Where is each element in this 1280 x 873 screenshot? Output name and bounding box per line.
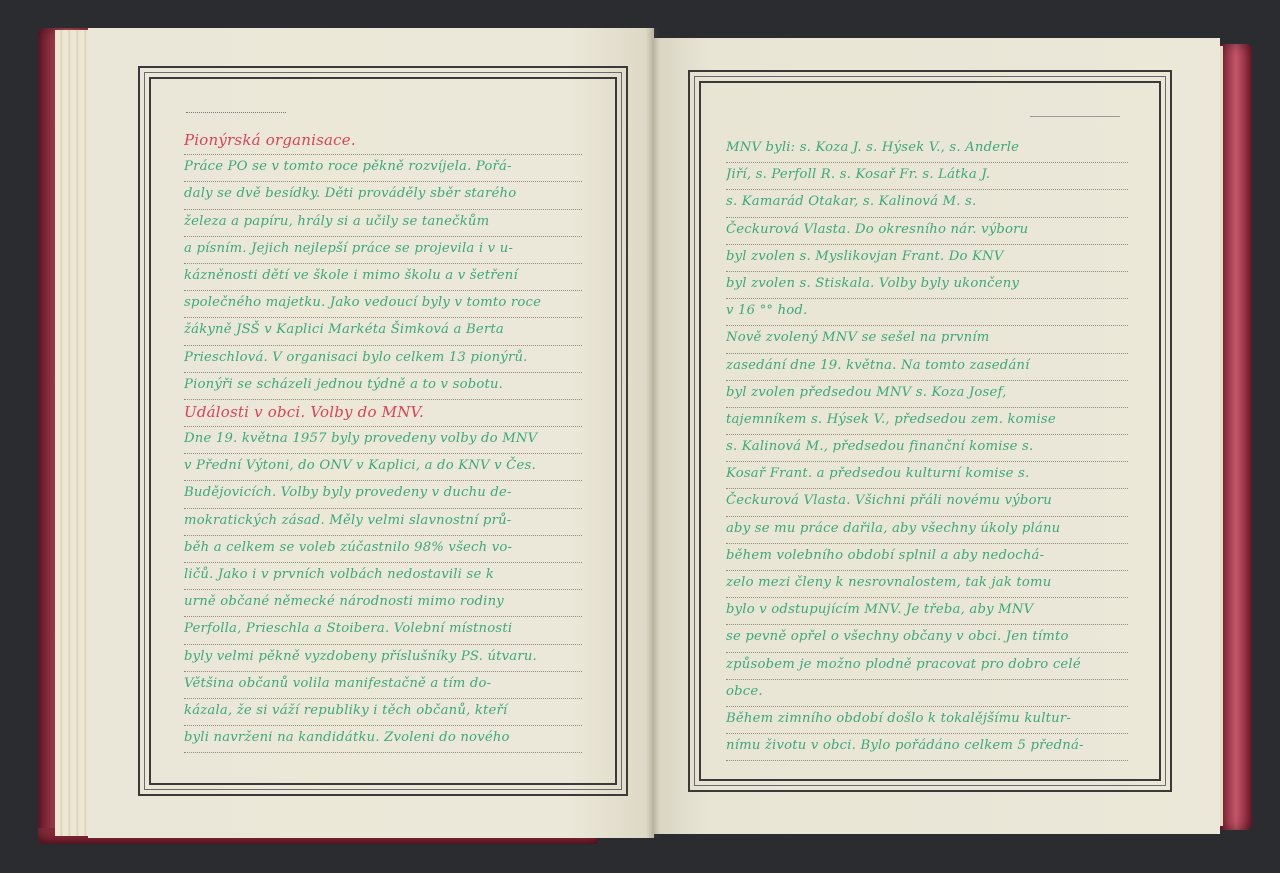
text-line: obce.: [726, 680, 1128, 707]
text-line: a písním. Jejich nejlepší práce se proje…: [184, 237, 582, 264]
text-line: bylo v odstupujícím MNV. Je třeba, aby M…: [726, 598, 1128, 625]
text-line: byly velmi pěkně vyzdobeny příslušníky P…: [184, 645, 582, 672]
text-line: ličů. Jako i v prvních volbách nedostavi…: [184, 563, 582, 590]
text-line: byl zvolen s. Myslikovjan Frant. Do KNV: [726, 245, 1128, 272]
text-line: žákyně JSŠ v Kaplici Markéta Šimková a B…: [184, 318, 582, 345]
text-line: způsobem je možno plodně pracovat pro do…: [726, 653, 1128, 680]
left-page-header-rule: [186, 112, 286, 113]
text-line: Budějovicích. Volby byly provedeny v duc…: [184, 481, 582, 508]
text-line: kázněnosti dětí ve škole i mimo školu a …: [184, 264, 582, 291]
text-line: mokratických zásad. Měly velmi slavnostn…: [184, 509, 582, 536]
text-line: Perfolla, Prieschla a Stoibera. Volební …: [184, 617, 582, 644]
left-page-text: Pionýrská organisace. Práce PO se v tomt…: [184, 128, 582, 753]
book-cover-right: [1220, 44, 1252, 830]
section-heading-village-events: Události v obci. Volby do MNV.: [184, 400, 582, 427]
text-line: se pevně opřel o všechny občany v obci. …: [726, 625, 1128, 652]
text-line: s. Kalinová M., předsedou finanční komis…: [726, 435, 1128, 462]
text-line: společného majetku. Jako vedoucí byly v …: [184, 291, 582, 318]
text-line: Většina občanů volila manifestačně a tím…: [184, 672, 582, 699]
text-line: zelo mezi členy k nesrovnalostem, tak ja…: [726, 571, 1128, 598]
right-page-text: MNV byli: s. Koza J. s. Hýsek V., s. And…: [726, 136, 1128, 761]
text-line: nímu životu v obci. Bylo pořádáno celkem…: [726, 734, 1128, 761]
text-line: v Přední Výtoni, do ONV v Kaplici, a do …: [184, 454, 582, 481]
right-page-header-rule: [1030, 116, 1120, 117]
text-line: Čeckurová Vlasta. Všichni přáli novému v…: [726, 489, 1128, 516]
text-line: s. Kamarád Otakar, s. Kalinová M. s.: [726, 190, 1128, 217]
text-line: byli navrženi na kandidátku. Zvoleni do …: [184, 726, 582, 753]
section-heading-pioneer-organisation: Pionýrská organisace.: [184, 128, 582, 155]
text-line: Práce PO se v tomto roce pěkně rozvíjela…: [184, 155, 582, 182]
text-line: urně občané německé národnosti mimo rodi…: [184, 590, 582, 617]
text-line: aby se mu práce dařila, aby všechny úkol…: [726, 517, 1128, 544]
text-line: během volebního období splnil a aby nedo…: [726, 544, 1128, 571]
text-line: MNV byli: s. Koza J. s. Hýsek V., s. And…: [726, 136, 1128, 163]
text-line: Jiří, s. Perfoll R. s. Kosař Fr. s. Látk…: [726, 163, 1128, 190]
text-line: zasedání dne 19. května. Na tomto zasedá…: [726, 354, 1128, 381]
text-line: Čeckurová Vlasta. Do okresního nár. výbo…: [726, 218, 1128, 245]
text-line: Nově zvolený MNV se sešel na prvním: [726, 326, 1128, 353]
text-line: tajemníkem s. Hýsek V., předsedou zem. k…: [726, 408, 1128, 435]
book-gutter: [646, 28, 660, 838]
text-line: kázala, že si váží republiky i těch obča…: [184, 699, 582, 726]
text-line: Během zimního období došlo k tokalějšímu…: [726, 707, 1128, 734]
text-line: byl zvolen předsedou MNV s. Koza Josef,: [726, 381, 1128, 408]
text-line: Prieschlová. V organisaci bylo celkem 13…: [184, 346, 582, 373]
text-line: Pionýři se scházeli jednou týdně a to v …: [184, 373, 582, 400]
text-line: železa a papíru, hrály si a učily se tan…: [184, 210, 582, 237]
text-line: běh a celkem se voleb zúčastnilo 98% vše…: [184, 536, 582, 563]
text-line: v 16 °° hod.: [726, 299, 1128, 326]
text-line: Dne 19. května 1957 byly provedeny volby…: [184, 427, 582, 454]
text-line: byl zvolen s. Stiskala. Volby byly ukonč…: [726, 272, 1128, 299]
text-line: daly se dvě besídky. Děti prováděly sběr…: [184, 182, 582, 209]
text-line: Kosař Frant. a předsedou kulturní komise…: [726, 462, 1128, 489]
